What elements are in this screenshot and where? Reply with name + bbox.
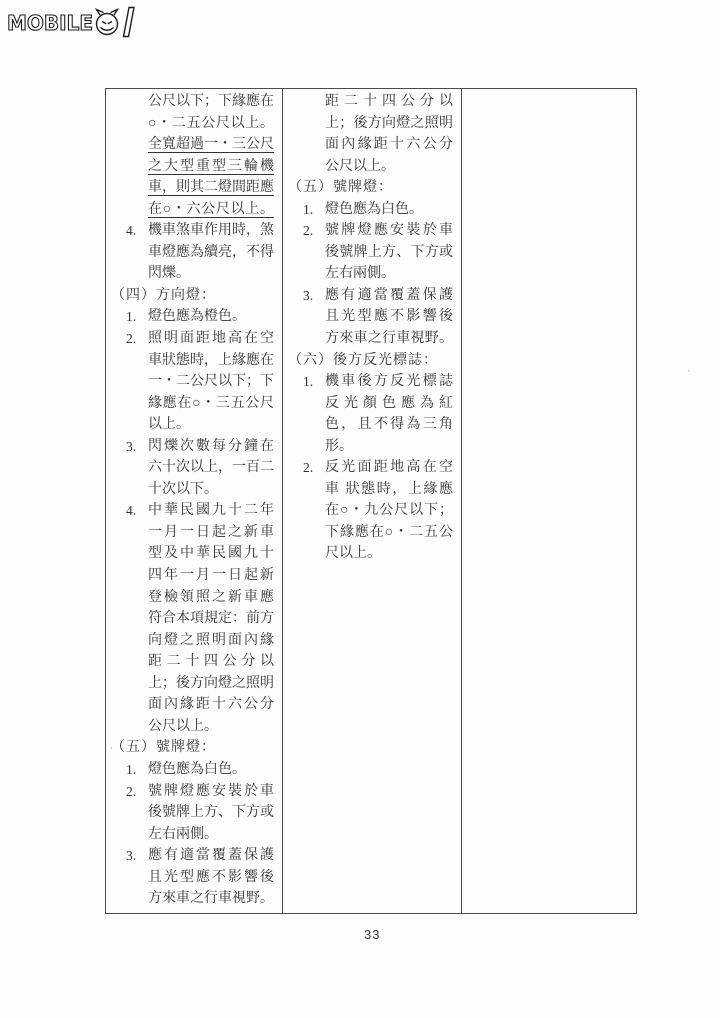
text-line: 3.應有適當覆蓋保護 xyxy=(106,845,282,867)
text-line: 六十次以上，一百二 xyxy=(106,457,282,479)
text-line: 4.中華民國九十二年 xyxy=(106,500,282,522)
line-text: 上；後方向燈之照明 xyxy=(325,113,453,135)
scan-artifact: ʹ xyxy=(110,747,113,757)
text-line: 公尺以上。 xyxy=(283,156,461,178)
text-line: （六）後方反光標誌： xyxy=(283,350,461,372)
line-text: 形。 xyxy=(325,436,453,458)
text-line: 面內緣距十六公分 xyxy=(283,134,461,156)
text-line: 1.燈色應為白色。 xyxy=(106,759,282,781)
mobile01-logo: MOBILE xyxy=(3,3,145,41)
line-text: 號牌燈應安裝於車 xyxy=(325,220,453,242)
item-number: 1. xyxy=(126,306,136,328)
item-number: 3. xyxy=(303,285,313,307)
line-text: 反光面距地高在空 xyxy=(325,457,453,479)
text-line: 方來車之行車視野。 xyxy=(106,888,282,910)
line-text: 照明面距地高在空 xyxy=(148,328,274,350)
line-text: 應有適當覆蓋保護 xyxy=(148,845,274,867)
devil-01-icon xyxy=(97,8,135,37)
text-line: 2.號牌燈應安裝於車 xyxy=(106,781,282,803)
page-number: 33 xyxy=(364,927,380,942)
text-line: 2.反光面距地高在空 xyxy=(283,457,461,479)
line-text: 上；後方向燈之照明 xyxy=(148,673,274,695)
text-line: 左右兩側。 xyxy=(106,824,282,846)
line-text: 六十次以上，一百二 xyxy=(148,457,274,479)
line-text: 燈色應為橙色。 xyxy=(148,306,274,328)
item-number: 3. xyxy=(126,845,136,867)
line-text: 公尺以上。 xyxy=(325,156,453,178)
line-text: 車狀態時，上緣應在 xyxy=(148,350,274,372)
text-line: 緣應在○・三五公尺 xyxy=(106,393,282,415)
line-text: 中華民國九十二年 xyxy=(148,500,274,522)
line-text: 後號牌上方、下方或 xyxy=(325,242,453,264)
text-line: 距二十四公分以 xyxy=(283,91,461,113)
text-line: 在○・九公尺以下； xyxy=(283,500,461,522)
text-line: 面內緣距十六公分 xyxy=(106,694,282,716)
text-line: 車狀態時，上緣應在 xyxy=(106,350,282,372)
line-text: 且光型應不影響後 xyxy=(325,306,453,328)
text-line: 距二十四公分以 xyxy=(106,651,282,673)
text-line: 以上。 xyxy=(106,414,282,436)
line-text: 一月一日起之新車 xyxy=(148,522,274,544)
line-text: ○・二五公尺以上。 xyxy=(148,113,274,135)
line-text: 閃爍次數每分鐘在 xyxy=(148,436,274,458)
text-line: 色，且不得為三角 xyxy=(283,414,461,436)
item-number: 4. xyxy=(126,500,136,522)
text-line: 4.機車煞車作用時，煞 xyxy=(106,220,282,242)
line-text: 應有適當覆蓋保護 xyxy=(325,285,453,307)
line-text: 以上。 xyxy=(148,414,274,436)
line-text: （五）號牌燈： xyxy=(111,737,278,759)
text-line: 在○・六公尺以上。 xyxy=(106,199,282,221)
text-line: 1.機車後方反光標誌 xyxy=(283,371,461,393)
line-text: 之大型重型三輪機 xyxy=(148,156,274,178)
line-text: 號牌燈應安裝於車 xyxy=(148,781,274,803)
line-text: 色，且不得為三角 xyxy=(325,414,453,436)
text-line: 後號牌上方、下方或 xyxy=(106,802,282,824)
line-text: 反光顏色應為紅 xyxy=(325,393,453,415)
line-text: （四）方向燈： xyxy=(111,285,278,307)
line-text: 距二十四公分以 xyxy=(148,651,274,673)
text-line: 車，則其二燈間距應 xyxy=(106,177,282,199)
text-line: （四）方向燈： xyxy=(106,285,282,307)
item-number: 1. xyxy=(126,759,136,781)
line-text: 閃爍。 xyxy=(148,263,274,285)
text-line: 且光型應不影響後 xyxy=(106,867,282,889)
line-text: 燈色應為白色。 xyxy=(325,199,453,221)
line-text: 在○・九公尺以下； xyxy=(325,500,453,522)
text-line: 全寬超過一・三公尺 xyxy=(106,134,282,156)
line-text: 十次以下。 xyxy=(148,479,274,501)
line-text: 車，則其二燈間距應 xyxy=(148,177,274,199)
item-number: 2. xyxy=(126,328,136,350)
line-text: 面內緣距十六公分 xyxy=(325,134,453,156)
line-text: 緣應在○・三五公尺 xyxy=(148,393,274,415)
regulation-table: 公尺以下；下緣應在○・二五公尺以上。全寬超過一・三公尺之大型重型三輪機車，則其二… xyxy=(105,88,637,914)
item-number: 2. xyxy=(126,781,136,803)
line-text: 燈色應為白色。 xyxy=(148,759,274,781)
text-line: 3.應有適當覆蓋保護 xyxy=(283,285,461,307)
text-line: 公尺以下；下緣應在 xyxy=(106,91,282,113)
text-line: 且光型應不影響後 xyxy=(283,306,461,328)
scan-artifact: ˋ xyxy=(685,370,692,382)
line-text: 後號牌上方、下方或 xyxy=(148,802,274,824)
table-column-1: 公尺以下；下緣應在○・二五公尺以上。全寬超過一・三公尺之大型重型三輪機車，則其二… xyxy=(106,89,283,913)
item-number: 2. xyxy=(303,457,313,479)
logo-text: MOBILE xyxy=(7,11,93,35)
line-text: 距二十四公分以 xyxy=(325,91,453,113)
text-line: 上；後方向燈之照明 xyxy=(106,673,282,695)
line-text: 全寬超過一・三公尺 xyxy=(148,134,274,156)
text-line: 閃爍。 xyxy=(106,263,282,285)
line-text: （六）後方反光標誌： xyxy=(288,350,457,372)
text-line: 上；後方向燈之照明 xyxy=(283,113,461,135)
text-line: 2.照明面距地高在空 xyxy=(106,328,282,350)
line-text: 車 狀態時，上緣應 xyxy=(325,479,453,501)
text-line: 3.閃爍次數每分鐘在 xyxy=(106,436,282,458)
table-column-3 xyxy=(462,89,636,913)
line-text: 型及中華民國九十 xyxy=(148,543,274,565)
line-text: 左右兩側。 xyxy=(325,263,453,285)
line-text: 且光型應不影響後 xyxy=(148,867,274,889)
text-line: 車燈應為續亮，不得 xyxy=(106,242,282,264)
text-line: 符合本項規定：前方 xyxy=(106,608,282,630)
text-line: 尺以上。 xyxy=(283,543,461,565)
line-text: 符合本項規定：前方 xyxy=(148,608,274,630)
text-line: 一月一日起之新車 xyxy=(106,522,282,544)
line-text: 尺以上。 xyxy=(325,543,453,565)
line-text: 向燈之照明面內緣 xyxy=(148,630,274,652)
line-text: 左右兩側。 xyxy=(148,824,274,846)
text-line: 下緣應在○・二五公 xyxy=(283,522,461,544)
line-text: 方來車之行車視野。 xyxy=(148,888,274,910)
document-page: MOBILE 公尺以下；下緣應在○・二五公尺以上。全寬超過一・三公尺之大型重型三… xyxy=(0,0,720,1018)
line-text: 面內緣距十六公分 xyxy=(148,694,274,716)
line-text: 車燈應為續亮，不得 xyxy=(148,242,274,264)
text-line: 十次以下。 xyxy=(106,479,282,501)
item-number: 3. xyxy=(126,436,136,458)
text-line: 之大型重型三輪機 xyxy=(106,156,282,178)
text-line: 向燈之照明面內緣 xyxy=(106,630,282,652)
item-number: 1. xyxy=(303,371,313,393)
text-line: （五）號牌燈： xyxy=(283,177,461,199)
text-line: 型及中華民國九十 xyxy=(106,543,282,565)
line-text: 機車後方反光標誌 xyxy=(325,371,453,393)
line-text: 四年一月一日起新 xyxy=(148,565,274,587)
text-line: 公尺以上。 xyxy=(106,716,282,738)
line-text: 公尺以下；下緣應在 xyxy=(148,91,274,113)
item-number: 1. xyxy=(303,199,313,221)
line-text: （五）號牌燈： xyxy=(288,177,457,199)
item-number: 2. xyxy=(303,220,313,242)
text-line: 後號牌上方、下方或 xyxy=(283,242,461,264)
text-line: 1.燈色應為橙色。 xyxy=(106,306,282,328)
text-line: 1.燈色應為白色。 xyxy=(283,199,461,221)
line-text: 下緣應在○・二五公 xyxy=(325,522,453,544)
text-line: 四年一月一日起新 xyxy=(106,565,282,587)
line-text: 方來車之行車視野。 xyxy=(325,328,453,350)
line-text: 公尺以上。 xyxy=(148,716,274,738)
line-text: 機車煞車作用時，煞 xyxy=(148,220,274,242)
text-line: 一・二公尺以下；下 xyxy=(106,371,282,393)
text-line: 方來車之行車視野。 xyxy=(283,328,461,350)
line-text: 登檢領照之新車應 xyxy=(148,587,274,609)
text-line: 形。 xyxy=(283,436,461,458)
text-line: 左右兩側。 xyxy=(283,263,461,285)
text-line: 車 狀態時，上緣應 xyxy=(283,479,461,501)
table-column-2: 距二十四公分以上；後方向燈之照明面內緣距十六公分公尺以上。（五）號牌燈：1.燈色… xyxy=(283,89,462,913)
text-line: （五）號牌燈： xyxy=(106,737,282,759)
line-text: 一・二公尺以下；下 xyxy=(148,371,274,393)
text-line: 登檢領照之新車應 xyxy=(106,587,282,609)
text-line: 2.號牌燈應安裝於車 xyxy=(283,220,461,242)
text-line: 反光顏色應為紅 xyxy=(283,393,461,415)
item-number: 4. xyxy=(126,220,136,242)
line-text: 在○・六公尺以上。 xyxy=(148,199,274,221)
text-line: ○・二五公尺以上。 xyxy=(106,113,282,135)
